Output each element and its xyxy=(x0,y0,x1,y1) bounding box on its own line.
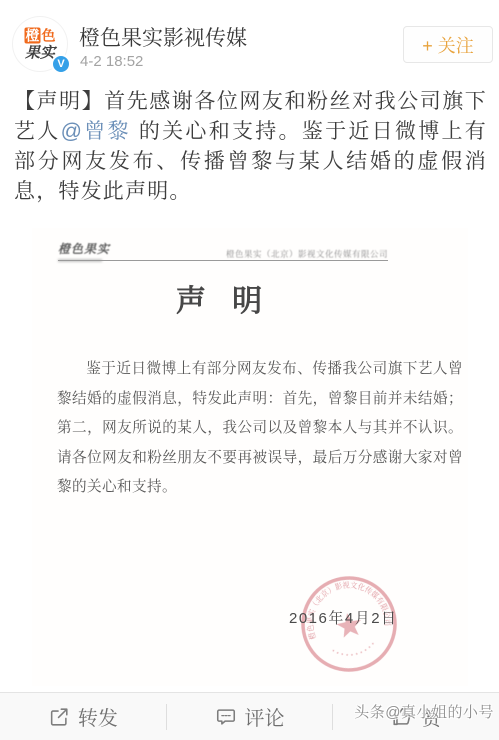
repost-icon xyxy=(48,706,70,728)
avatar-logo-line-2: 果实 xyxy=(25,46,56,61)
timestamp: 4-2 18:52 xyxy=(80,53,143,70)
statement-image[interactable]: 橙色果实 橙色果实（北京）影视文化传媒有限公司 声 明 鉴于近日微博上有部分网友… xyxy=(32,228,468,686)
thumbs-up-icon xyxy=(391,706,413,728)
statement-body: 鉴于近日微博上有部分网友发布、传播我公司旗下艺人曾黎结婚的虚假消息，特发此声明：… xyxy=(57,355,463,503)
letterhead-logo: 橙色果实 xyxy=(58,240,110,262)
post-text: 【声明】首先感谢各位网友和粉丝对我公司旗下艺人@曾黎 的关心和支持。鉴于近日微博… xyxy=(14,87,487,207)
letterhead-company-name: 橙色果实（北京）影视文化传媒有限公司 xyxy=(226,248,388,260)
like-label: 赞 xyxy=(421,702,441,731)
verified-badge-icon: V xyxy=(51,54,71,74)
repost-label: 转发 xyxy=(78,702,118,731)
comment-button[interactable]: 评论 xyxy=(167,693,333,740)
username[interactable]: 橙色果实影视传媒 xyxy=(79,22,247,52)
avatar-logo-char-1: 橙 xyxy=(25,28,41,44)
like-button[interactable]: 赞 xyxy=(333,693,499,740)
repost-button[interactable]: 转发 xyxy=(0,693,166,740)
avatar-logo-char-2: 色 xyxy=(42,28,56,44)
comment-label: 评论 xyxy=(245,702,285,731)
avatar-logo: 橙色 果实 xyxy=(25,28,56,61)
mention-link[interactable]: @曾黎 xyxy=(61,120,131,143)
action-toolbar: 转发 评论 赞 xyxy=(0,692,499,740)
letterhead-logo-text: 橙色果实 xyxy=(58,240,110,257)
avatar[interactable]: 橙色 果实 V xyxy=(13,17,67,71)
svg-text:**********: ********** xyxy=(329,641,380,664)
stamp-ring-marks: ********** xyxy=(329,641,380,664)
statement-date: 2016年4月2日 xyxy=(289,607,398,628)
weibo-post-screen: 橙色 果实 V 橙色果实影视传媒 4-2 18:52 + 关注 【声明】首先感谢… xyxy=(0,0,499,740)
letterhead-rule xyxy=(58,260,388,261)
follow-button[interactable]: + 关注 xyxy=(403,26,493,63)
comment-icon xyxy=(215,706,237,728)
statement-title: 声 明 xyxy=(32,276,408,320)
